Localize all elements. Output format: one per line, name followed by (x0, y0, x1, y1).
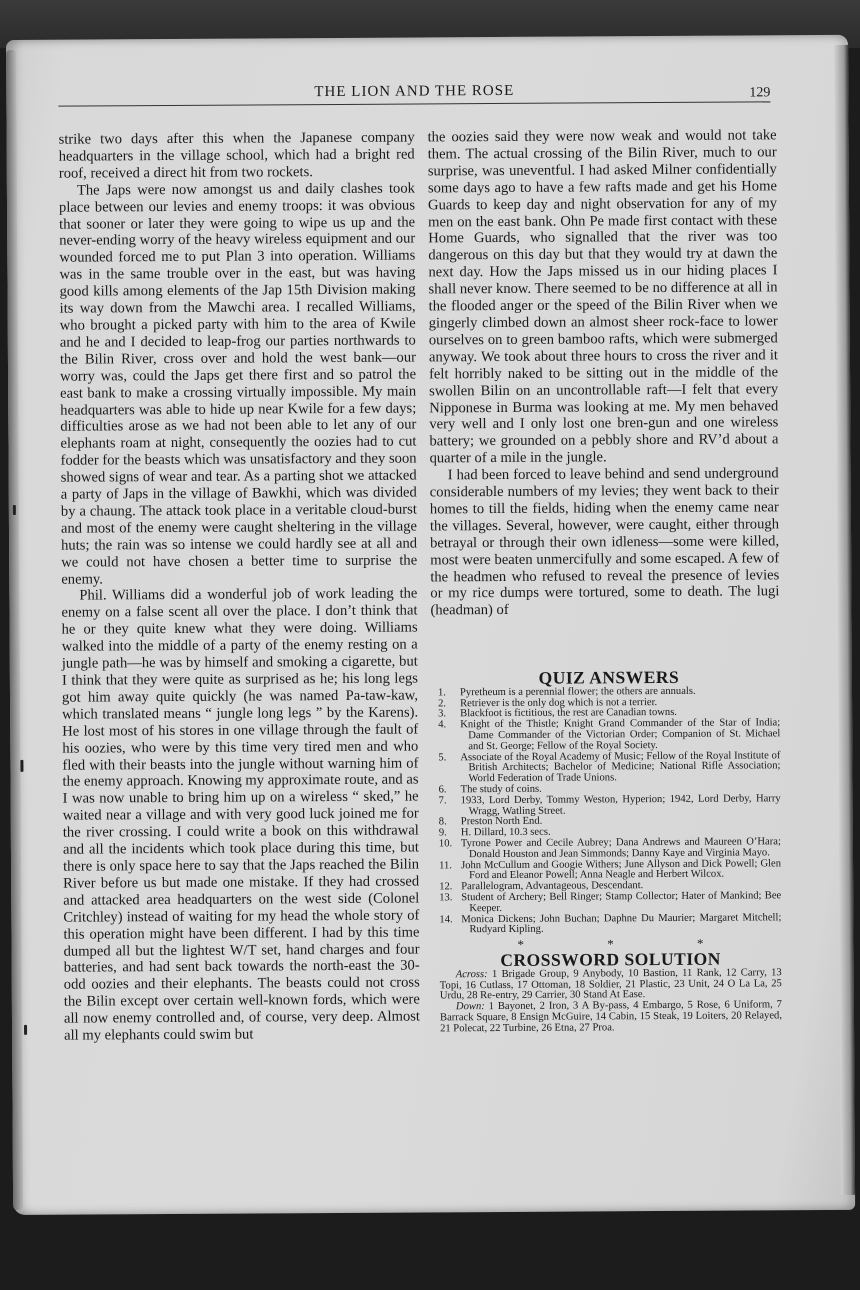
running-head: THE LION AND THE ROSE 129 (58, 79, 770, 106)
margin-mark (20, 760, 23, 772)
paragraph: I had been forced to leave behind and se… (430, 465, 780, 619)
page-spine-shadow (6, 50, 23, 1210)
quiz-answer-text: Student of Archery; Bell Ringer; Stamp C… (461, 891, 781, 915)
quiz-answer-number: 13. (439, 893, 457, 904)
running-head-title: THE LION AND THE ROSE (58, 81, 770, 102)
quiz-answers-list: 1.Pyretheum is a perennial flower; the o… (438, 686, 782, 936)
quiz-answer-text: John McCullum and Googie Withers; June A… (461, 859, 781, 883)
quiz-answer-number: 5. (438, 753, 456, 764)
quiz-answer-item: 4.Knight of the Thistle; Knight Grand Co… (438, 718, 780, 752)
quiz-answer-item: 5.Associate of the Royal Academy of Musi… (438, 751, 780, 785)
across-answers: 1 Brigade Group, 9 Anybody, 10 Bastion, … (440, 967, 782, 1002)
quiz-answer-number: 1. (438, 688, 456, 699)
page-number: 129 (749, 85, 770, 101)
crossword-solution-title: CROSSWORD SOLUTION (440, 953, 782, 966)
quiz-answers-section: QUIZ ANSWERS 1.Pyretheum is a perennial … (438, 671, 782, 1035)
crossword-across: Across: 1 Brigade Group, 9 Anybody, 10 B… (440, 968, 782, 1002)
across-label: Across: (456, 969, 488, 980)
right-column: the oozies said they were now weak and w… (428, 127, 780, 619)
book-page: THE LION AND THE ROSE 129 strike two day… (6, 35, 855, 1215)
left-column: strike two days after this when the Japa… (59, 130, 421, 1045)
page-edge (834, 45, 855, 1195)
quiz-answer-text: Associate of the Royal Academy of Music;… (460, 751, 780, 785)
quiz-answer-text: Knight of the Thistle; Knight Grand Comm… (460, 718, 780, 752)
quiz-answer-number: 4. (438, 720, 456, 731)
quiz-answer-number: 10. (439, 839, 457, 850)
quiz-answer-item: 7.1933, Lord Derby, Tommy Weston, Hyperi… (439, 794, 781, 818)
margin-mark (24, 1025, 27, 1035)
paragraph: the oozies said they were now weak and w… (428, 127, 779, 467)
crossword-down: Down: 1 Bayonet, 2 Iron, 3 A By-pass, 4 … (440, 1000, 782, 1034)
down-answers: 1 Bayonet, 2 Iron, 3 A By-pass, 4 Embarg… (440, 999, 782, 1034)
paragraph: Phil. Williams did a wonderful job of wo… (61, 586, 420, 1045)
quiz-answer-text: Tyrone Power and Cecile Aubrey; Dana And… (461, 837, 781, 861)
quiz-answer-item: 14.Monica Dickens; John Buchan; Daphne D… (439, 913, 781, 937)
quiz-answer-number: 11. (439, 861, 457, 872)
down-label: Down: (456, 1001, 485, 1012)
quiz-answer-item: 11.John McCullum and Googie Withers; Jun… (439, 859, 781, 883)
quiz-answer-text: 1933, Lord Derby, Tommy Weston, Hyperion… (461, 794, 781, 818)
quiz-answer-item: 13.Student of Archery; Bell Ringer; Stam… (439, 891, 781, 915)
paragraph: strike two days after this when the Japa… (59, 130, 415, 183)
quiz-answer-item: 10.Tyrone Power and Cecile Aubrey; Dana … (439, 837, 781, 861)
quiz-answers-title: QUIZ ANSWERS (438, 671, 780, 684)
quiz-answer-text: Monica Dickens; John Buchan; Daphne Du M… (461, 913, 781, 937)
quiz-answer-number: 7. (439, 796, 457, 807)
quiz-answer-number: 14. (439, 915, 457, 926)
paragraph: The Japs were now amongst us and daily c… (59, 180, 417, 588)
crossword-solution-body: Across: 1 Brigade Group, 9 Anybody, 10 B… (440, 968, 782, 1035)
margin-mark (13, 505, 16, 515)
